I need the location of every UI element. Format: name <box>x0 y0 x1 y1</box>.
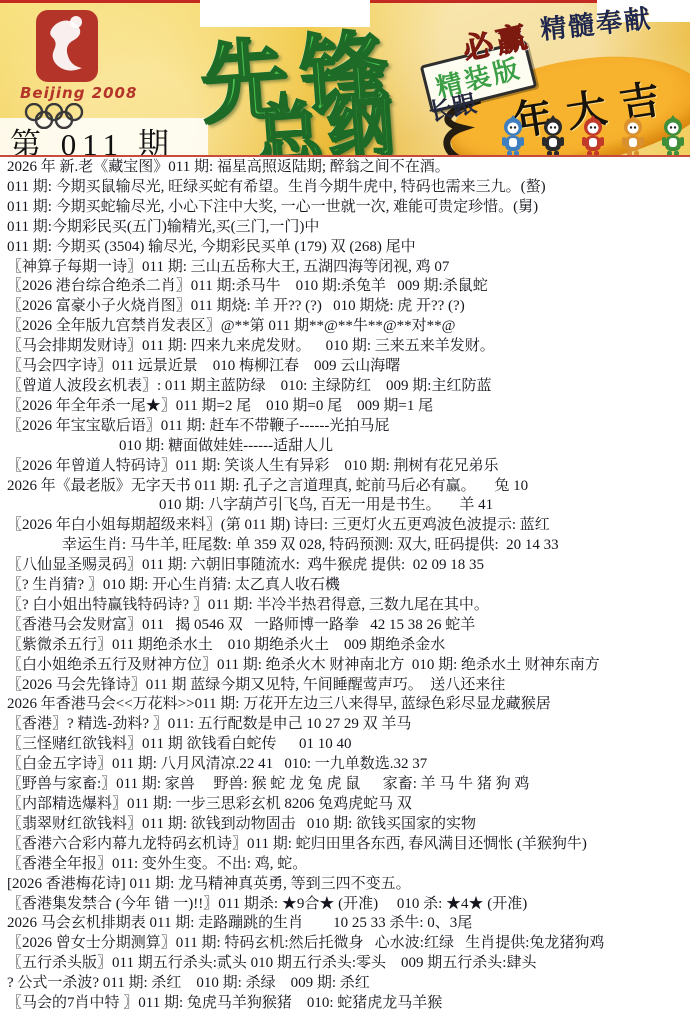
body-line: 011 期:今期彩民买(五门)输精光,买(三门,一门)中 <box>0 218 690 238</box>
mascot-huanhuan-icon <box>576 113 610 157</box>
body-line: 2026 年香港马会<<万花料>>011 期: 万花开左边三八来得早, 蓝绿色彩… <box>0 695 690 715</box>
body-line: 011 期: 今期买 (3504) 输尽光, 今期彩民买单 (179) 双 (2… <box>0 238 690 258</box>
body-line: 〖翡翠财红欲钱料〗011 期: 欲钱到动物固击 010 期: 欲钱买国家的实物 <box>0 815 690 835</box>
body-line: 〖白小姐绝杀五行及财神方位〗011 期: 绝杀火木 财神南北方 010 期: 绝… <box>0 656 690 676</box>
body-line: 〖? 白小姐出特赢钱特码诗? 〗011 期: 半冷半热君得意, 三数九尾在其中。 <box>0 596 690 616</box>
body-line: 〖香港集发禁合 (今年 错 一)!!〗011 期杀: ★9合★ (开准) 010… <box>0 895 690 915</box>
content-area: 2026 年 新.老《藏宝图》011 期: 福星高照返陆期; 醉翁之间不在酒。0… <box>0 158 690 1015</box>
slogan-essence: 精髓奉献 <box>538 0 653 47</box>
body-line: 010 期: 糖面做娃娃------适甜人儿 <box>0 437 690 457</box>
body-line: 〖2026 港台综合绝杀二肖〗011 期:杀马牛 010 期:杀兔羊 009 期… <box>0 277 690 297</box>
body-line: 〖马会排期发财诗〗011 期: 四来九来虎发财。 010 期: 三来五来羊发财。 <box>0 337 690 357</box>
body-line: 010 期: 八字葫芦引飞鸟, 百无一用是书生。 羊 41 <box>0 496 690 516</box>
mascot-jingjing-icon <box>536 113 570 157</box>
body-line: 〖2026 曾女士分期测算〗011 期: 特码玄机:然后托微身 心水波:红绿 生… <box>0 934 690 954</box>
fuwa-mascots <box>496 112 690 157</box>
body-line: 〖曾道人波段玄机表〗: 011 期主蓝防绿 010: 主绿防红 009 期:主红… <box>0 377 690 397</box>
body-line: 〖2026 年曾道人特码诗〗011 期: 笑谈人生有异彩 010 期: 荆树有花… <box>0 457 690 477</box>
page: Beijing 2008 先锋 总纲 精装版 必赢 精髓奉献 长跟 年大吉 <box>0 0 690 1015</box>
body-line: 〖2026 年白小姐每期超级来料〗(第 011 期) 诗曰: 三更灯火五更鸡波色… <box>0 516 690 536</box>
body-line: 〖马会的7肖中特 〗011 期: 兔虎马羊狗猴猪 010: 蛇猪虎龙马羊猴 <box>0 994 690 1014</box>
header-divider <box>0 155 690 157</box>
body-line: 〖香港全年报〗011: 变外生变。不出: 鸡, 蛇。 <box>0 855 690 875</box>
body-line: 〖2026 富豪小子火烧肖图〗011 期烧: 羊 开?? (?) 010 期烧:… <box>0 297 690 317</box>
body-line: 〖2026 年全年杀一尾★〗011 期=2 尾 010 期=0 尾 009 期=… <box>0 397 690 417</box>
body-line: 2026 年 新.老《藏宝图》011 期: 福星高照返陆期; 醉翁之间不在酒。 <box>0 158 690 178</box>
beijing-2008-wordmark: Beijing 2008 <box>20 84 170 102</box>
body-line: 〖2026 马会先锋诗〗011 期 蓝绿今期又见特, 午间睡醒莺声巧。 送八还来… <box>0 676 690 696</box>
masthead: Beijing 2008 先锋 总纲 精装版 必赢 精髓奉献 长跟 年大吉 <box>0 0 690 157</box>
mascot-nini-icon <box>656 113 690 157</box>
body-line: 011 期: 今期买蛇输尽光, 小心下注中大奖, 一心一世就一次, 难能可贵定珍… <box>0 198 690 218</box>
body-line: 〖? 生肖猜? 〗010 期: 开心生肖猜: 太乙真人收石機 <box>0 576 690 596</box>
mascot-yingying-icon <box>616 113 650 157</box>
body-line: 〖2026 全年版九宫禁肖发表区〗@**第 011 期**@**牛**@**对*… <box>0 317 690 337</box>
beijing-seal-icon <box>36 10 98 82</box>
mascot-beibei-icon <box>496 113 530 157</box>
body-line: 〖紫微杀五行〗011 期绝杀水土 010 期绝杀火土 009 期绝杀金水 <box>0 636 690 656</box>
body-line: 〖2026 年宝宝歇后语〗011 期: 赶车不带鞭子------光拍马屁 <box>0 417 690 437</box>
body-line: [2026 香港梅花诗] 011 期: 龙马精神真英勇, 等到三四不变五。 <box>0 875 690 895</box>
body-line: 〖香港〗? 精选-劲料? 〗011: 五行配数是申己 10 27 29 双 羊马 <box>0 715 690 735</box>
body-line: 〖三怪赌红欲钱料〗011 期 欲钱看白蛇传 01 10 40 <box>0 735 690 755</box>
masthead-title-bottom: 总纲 <box>252 73 402 157</box>
issue-number: 第 011 期 <box>10 119 175 157</box>
body-line: 幸运生肖: 马牛羊, 旺尾数: 单 359 双 028, 特码预测: 双大, 旺… <box>0 536 690 556</box>
body-line: 〖香港六合彩内幕九龙特码玄机诗〗011 期: 蛇归田里各东西, 春风满目还惆怅 … <box>0 835 690 855</box>
body-line: 〖八仙显圣赐灵码〗011 期: 六朝旧事随流水: 鸡牛猴虎 提供: 02 09 … <box>0 556 690 576</box>
body-line: 011 期: 今期买鼠输尽光, 旺绿买蛇有希望。生肖今期牛虎中, 特码也需来三九… <box>0 178 690 198</box>
body-line: 〖野兽与家畜:〗011 期: 家兽 野兽: 猴 蛇 龙 兔 虎 鼠 家畜: 羊 … <box>0 775 690 795</box>
body-line: 〖神算子每期一诗〗011 期: 三山五岳称大王, 五湖四海等闭视, 鸡 07 <box>0 258 690 278</box>
body-line: 2026 年《最老版》无字天书 011 期: 孔子之言道理真, 蛇前马后必有赢。… <box>0 477 690 497</box>
body-line: 〖白金五字诗〗011 期: 八月风清凉.22 41 010: 一九单数选.32 … <box>0 755 690 775</box>
body-line: 〖马会四字诗〗011 远景近景 010 梅柳江春 009 云山海曙 <box>0 357 690 377</box>
body-line: 〖内部精选爆料〗011 期: 一步三思彩玄机 8206 兔鸡虎蛇马 双 <box>0 795 690 815</box>
body-line: ? 公式一杀波? 011 期: 杀红 010 期: 杀绿 009 期: 杀红 <box>0 974 690 994</box>
body-line: 〖香港马会发财富〗011 揭 0546 双 一路师博一路拳 42 15 38 2… <box>0 616 690 636</box>
olympic-logo: Beijing 2008 <box>20 10 170 133</box>
body-line: 〖五行杀头版〗011 期五行杀头:贰头 010 期五行杀头:零头 009 期五行… <box>0 954 690 974</box>
body-line: 2026 马会玄机排期表 011 期: 走路蹦跳的生肖 10 25 33 杀牛:… <box>0 914 690 934</box>
